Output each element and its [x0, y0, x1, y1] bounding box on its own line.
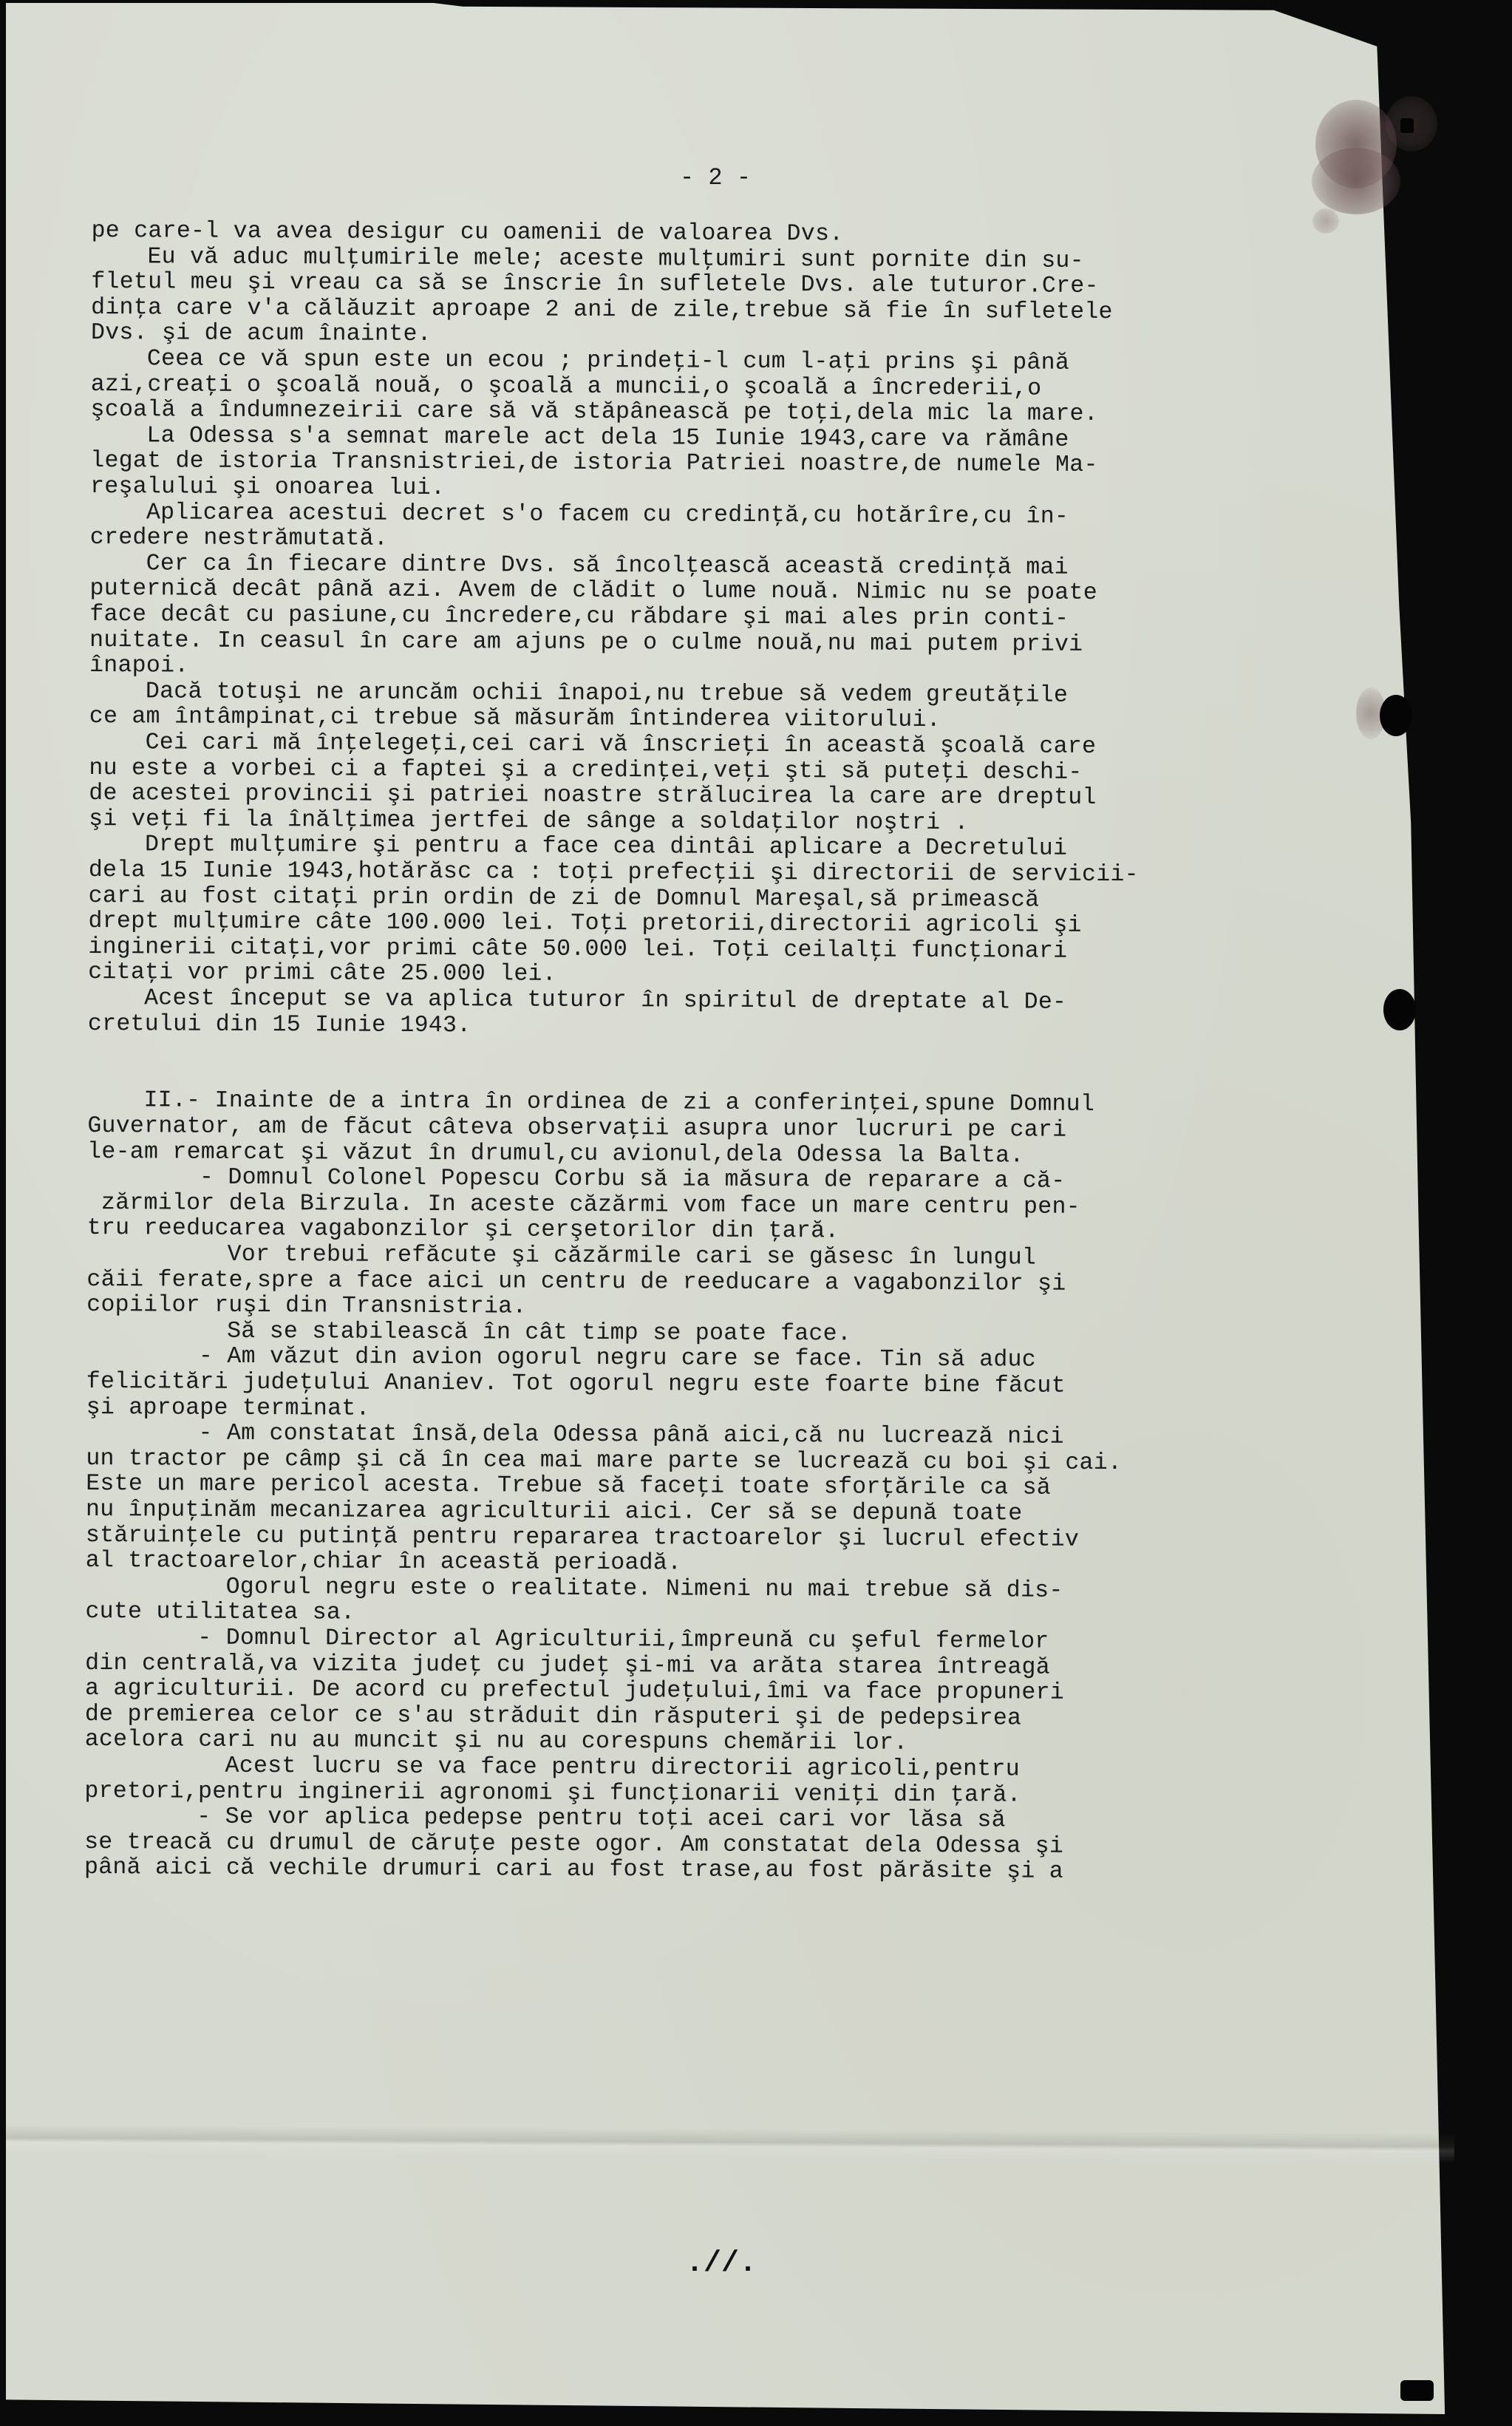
text-line: - Se vor aplica pedepse pentru toţi acei… [197, 1805, 1006, 1834]
text-line: Guvernator, am de făcut câteva observaţi… [87, 1114, 1066, 1144]
punch-hole [1400, 2380, 1434, 2401]
text-line: face decât cu pasiune,cu încredere,cu ră… [89, 602, 1069, 632]
continuation-mark: .//. [686, 2247, 757, 2280]
text-line: până aici că vechile drumuri cari au fos… [84, 1855, 1063, 1885]
text-line: Ceea ce vă spun este un ecou ; prindeţi-… [147, 347, 1069, 376]
text-line: nuitate. In ceasul în care am ajuns pe o… [89, 628, 1083, 658]
text-line: şi veţi fi la înălţimea jertfei de sânge… [89, 807, 969, 836]
punch-hole [1383, 989, 1416, 1030]
text-line: Să se stabilească în cât timp se poate f… [227, 1319, 851, 1348]
text-line: ce am întâmpinat,ci trebue să măsurăm în… [89, 704, 941, 733]
text-line: Dvs. şi de acum înainte. [91, 321, 432, 347]
text-line: înapoi. [89, 653, 189, 679]
text-line: citaţi vor primi câte 25.000 lei. [88, 960, 556, 988]
page-number: - 2 - [680, 164, 751, 191]
punch-hole [1400, 118, 1414, 133]
text-line: nu înpuţinăm mecanizarea agriculturii ai… [86, 1498, 1023, 1527]
text-line: Cei cari mă înţelegeţi,cei cari vă înscr… [146, 730, 1097, 760]
text-line: cretului din 15 Iunie 1943. [88, 1012, 471, 1039]
text-line: al tractoarelor,chiar în această perioad… [86, 1549, 682, 1577]
text-line: - Am văzut din avion ogorul negru care s… [199, 1345, 1036, 1373]
punch-hole [1380, 695, 1412, 736]
text-line: Acest lucru se va face pentru directorii… [225, 1754, 1021, 1783]
text-line: Ogorul negru este o realitate. Nimeni nu… [226, 1575, 1063, 1604]
text-line: Acest început se va aplica tuturor în sp… [144, 986, 1066, 1015]
text-line: pe care-l va avea desigur cu oamenii de … [92, 219, 844, 247]
text-line: - Am constatat însă,dela Odessa până aic… [198, 1421, 1064, 1450]
text-line: copiilor ruşi din Transnistria. [86, 1293, 526, 1320]
text-line: - Domnul Colonel Popescu Corbu să ia măs… [200, 1166, 1066, 1195]
text-line: cute utilitatea sa. [85, 1600, 355, 1626]
text-line: Vor trebui refăcute şi căzărmile cari se… [228, 1243, 1037, 1271]
text-line: felicitări judeţului Ananiev. Tot ogorul… [86, 1370, 1066, 1399]
text-line: credere nestrămutată. [90, 526, 388, 552]
text-line: reşalului şi onoarea lui. [90, 475, 445, 501]
text-line: tru reeducarea vagabonzilor şi cerşetori… [87, 1216, 840, 1244]
text-line: acelora cari nu au muncit şi nu au cores… [85, 1727, 908, 1756]
text-line: - Domnul Director al Agriculturii,împreu… [197, 1626, 1049, 1655]
text-line: şi aproape terminat. [86, 1396, 370, 1422]
